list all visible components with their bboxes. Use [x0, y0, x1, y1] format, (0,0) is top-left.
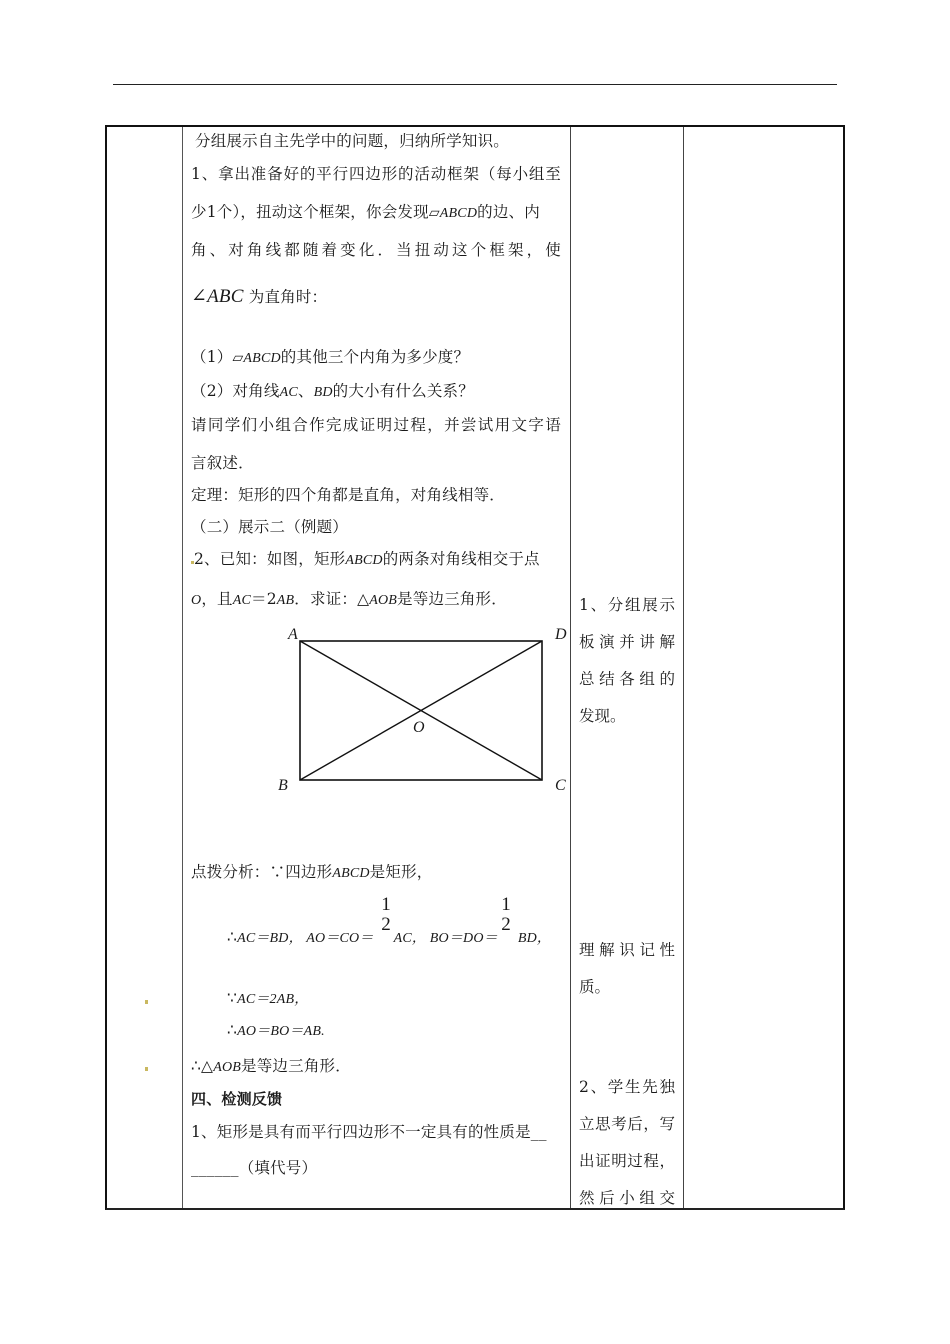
activity-text: 板演并讲解 [579, 632, 675, 652]
lesson-table: 分组展示自主先学中的问题，归纳所学知识。 1、拿出准备好的平行四边形的活动框架（… [105, 125, 845, 1210]
content-column: 分组展示自主先学中的问题，归纳所学知识。 1、拿出准备好的平行四边形的活动框架（… [183, 127, 571, 1208]
rectangle-diagram [283, 627, 583, 807]
analysis-line3: ∵AC＝2AB， [227, 988, 308, 1010]
activity-text: 发现。 [579, 706, 675, 726]
highlight-mark [145, 1000, 148, 1004]
fraction-one-half: 1 2 [379, 895, 393, 935]
angle-abc: ∠ABC [191, 286, 244, 307]
notes-column [684, 127, 845, 1208]
vertex-label-c: C [555, 777, 566, 795]
theorem: 定理：矩形的四个角都是直角，对角线相等． [191, 485, 505, 505]
vertex-label-a: A [288, 626, 298, 644]
analysis-intro: 点拨分析：∵四边形ABCD是矩形， [191, 862, 432, 884]
parallelogram-abcd: ▱ABCD [429, 206, 477, 221]
task1-line2: 少1个），扭动这个框架，你会发现▱ABCD的边、内 [191, 202, 540, 224]
question-1: （1）▱ABCD的其他三个内角为多少度？ [191, 347, 469, 369]
task1-line4: ∠ABC 为直角时： [191, 287, 327, 307]
task1-line1: 1、拿出准备好的平行四边形的活动框架（每小组至 [191, 164, 561, 184]
exercise-1-line1: 1、矩形是具有而平行四边形不一定具有的性质是__ [191, 1122, 547, 1142]
activity-text: 2、学生先独 [579, 1077, 675, 1097]
center-label-o: O [413, 719, 425, 737]
group-work-line1: 请同学们小组合作完成证明过程，并尝试用文字语 [191, 415, 561, 435]
activity-column: 1、分组展示 板演并讲解 总结各组的 发现。 理解识记性 质。 2、学生先独 立… [571, 127, 684, 1208]
activity-text: 总结各组的 [579, 669, 675, 689]
fraction-one-half: 1 2 [499, 895, 513, 935]
example-line2: O，且AC＝2AB．求证：△AOB是等边三角形． [191, 589, 507, 611]
section-example-heading: （二）展示二（例题） [191, 517, 348, 537]
activity-text: 质。 [579, 977, 675, 997]
section-heading-feedback: 四、检测反馈 [191, 1089, 282, 1109]
activity-text: 1、分组展示 [579, 595, 675, 615]
highlight-mark [145, 1067, 148, 1071]
task1-line3: 角、对角线都随着变化．当扭动这个框架，使 [191, 240, 561, 260]
group-work-line2: 言叙述． [191, 453, 254, 473]
header-rule [113, 84, 837, 85]
analysis-conclusion: ∴△AOB是等边三角形． [191, 1056, 351, 1078]
activity-text: 立思考后，写 [579, 1114, 675, 1134]
exercise-1-line2: ______（填代号） [191, 1158, 317, 1178]
vertex-label-d: D [555, 626, 567, 644]
activity-text: 理解识记性 [579, 940, 675, 960]
question-2: （2）对角线AC、BD的大小有什么关系？ [191, 381, 474, 403]
example-line1: 2、已知：如图，矩形ABCD的两条对角线相交于点 [191, 549, 540, 571]
analysis-line4: ∴AO＝BO＝AB. [227, 1020, 325, 1042]
vertex-label-b: B [278, 777, 288, 795]
rectangle-figure: A D B C O [283, 627, 583, 811]
stage-column [107, 127, 183, 1208]
activity-text: 然后小组交 [579, 1188, 675, 1208]
intro-line: 分组展示自主先学中的问题，归纳所学知识。 [195, 131, 509, 151]
activity-text: 出证明过程， [579, 1151, 675, 1171]
